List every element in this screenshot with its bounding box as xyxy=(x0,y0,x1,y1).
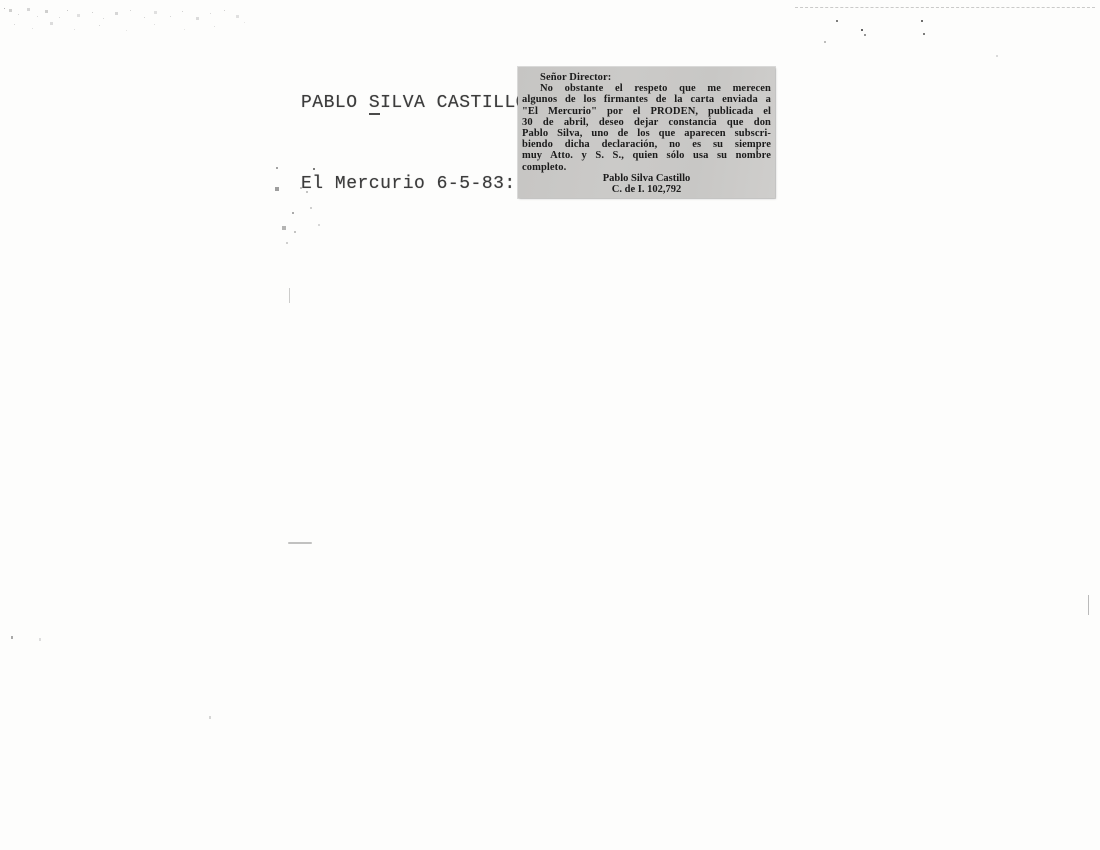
scan-noise-top-right xyxy=(836,20,838,22)
clipping-line: Señor Director: xyxy=(522,72,771,83)
scan-noise-dash xyxy=(288,542,312,544)
clipping-line: biendo dicha declaración, no es su siemp… xyxy=(522,139,771,150)
typed-name-post: ILVA CASTILLO xyxy=(380,93,527,113)
clipping-line: algunos de los firmantes de la carta env… xyxy=(522,94,771,105)
typed-name-underlined: S xyxy=(369,93,380,115)
typed-name-pre: PABLO xyxy=(301,93,369,113)
clipping-signature-name: Pablo Silva Castillo xyxy=(522,173,771,184)
newspaper-clipping: Señor Director:No obstante el respeto qu… xyxy=(518,67,775,198)
clipping-line: "El Mercurio" por el PRODEN, publicada e… xyxy=(522,106,771,117)
clipping-body: Señor Director:No obstante el respeto qu… xyxy=(522,72,771,173)
scan-noise-top-left xyxy=(4,8,5,9)
clipping-line: muy Atto. y S. S., quien sólo usa su nom… xyxy=(522,150,771,161)
scan-noise-top-edge-line xyxy=(795,7,1095,8)
scanned-page: PABLO SILVA CASTILLO El Mercurio 6-5-83:… xyxy=(0,0,1100,850)
scan-noise-bottom-left xyxy=(11,636,13,639)
scan-noise-vertical-tick xyxy=(289,288,290,303)
clipping-line: completo. xyxy=(522,162,771,173)
clipping-signature-id: C. de I. 102,792 xyxy=(522,184,771,195)
scan-noise-mid-left xyxy=(276,167,278,169)
scan-noise-right-edge-line xyxy=(1088,595,1089,615)
clipping-line: Pablo Silva, uno de los que aparecen sub… xyxy=(522,128,771,139)
clipping-line: No obstante el respeto que me merecen xyxy=(522,83,771,94)
typewritten-header: PABLO SILVA CASTILLO El Mercurio 6-5-83: xyxy=(301,36,527,252)
typewritten-name-line: PABLO SILVA CASTILLO xyxy=(301,90,527,117)
typewritten-source-line: El Mercurio 6-5-83: xyxy=(301,171,527,198)
clipping-line: 30 de abril, deseo dejar constancia que … xyxy=(522,117,771,128)
